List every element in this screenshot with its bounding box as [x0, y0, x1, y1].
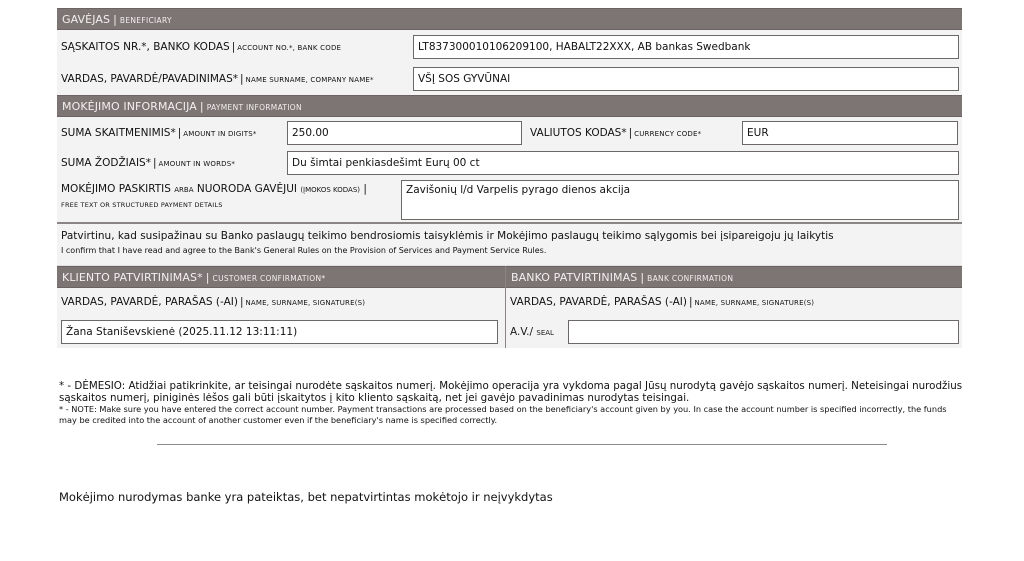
terms-text-en: I confirm that I have read and agree to …: [61, 244, 958, 258]
bank-signature-label: VARDAS, PAVARDĖ, PARAŠAS (-AI)|NAME, SUR…: [510, 296, 814, 308]
bank-confirmation: BANKO PATVIRTINIMAS|BANK CONFIRMATION VA…: [505, 266, 962, 348]
confirmation-section: KLIENTO PATVIRTINIMAS*|CUSTOMER CONFIRMA…: [57, 266, 962, 348]
terms-text-lt: Patvirtinu, kad susipažinau su Banko pas…: [61, 228, 958, 244]
beneficiary-section-header: GAVĖJAS|BENEFICIARY: [57, 8, 962, 30]
customer-signature-row: Žana Staniševskienė (2025.11.12 13:11:11…: [57, 316, 505, 348]
payment-purpose-field[interactable]: Zavišonių l/d Varpelis pyrago dienos akc…: [401, 180, 959, 220]
payment-info-section-header: MOKĖJIMO INFORMACIJA|PAYMENT INFORMATION: [57, 95, 962, 117]
bank-signature-label-row: VARDAS, PAVARDĖ, PARAŠAS (-AI)|NAME, SUR…: [506, 288, 962, 316]
payment-purpose-label: MOKĖJIMO PASKIRTIS ARBA NUORODA GAVĖJUI …: [61, 180, 401, 213]
customer-confirmation: KLIENTO PATVIRTINIMAS*|CUSTOMER CONFIRMA…: [57, 266, 505, 348]
seal-label: A.V./ SEAL: [510, 326, 568, 338]
bank-seal-field[interactable]: [568, 320, 959, 344]
section-title: GAVĖJAS: [62, 13, 110, 26]
amount-words-field[interactable]: Du šimtai penkiasdešimt Eurų 00 ct: [287, 151, 959, 175]
amount-field[interactable]: 250.00: [287, 121, 522, 145]
account-label: SĄSKAITOS NR.*, BANKO KODAS|ACCOUNT NO.*…: [61, 41, 413, 53]
customer-confirmation-header: KLIENTO PATVIRTINIMAS*|CUSTOMER CONFIRMA…: [57, 266, 505, 288]
terms-confirmation: Patvirtinu, kad susipažinau su Banko pas…: [57, 224, 962, 266]
separator: |: [113, 13, 117, 26]
account-warning-notice: * - DĖMESIO: Atidžiai patikrinkite, ar t…: [59, 380, 964, 425]
amount-words-label: SUMA ŽODŽIAIS*|AMOUNT IN WORDS*: [61, 157, 287, 169]
amount-words-row: SUMA ŽODŽIAIS*|AMOUNT IN WORDS* Du šimta…: [57, 148, 962, 178]
notice-text-lt: * - DĖMESIO: Atidžiai patikrinkite, ar t…: [59, 380, 964, 404]
currency-label: VALIUTOS KODAS*|CURRENCY CODE*: [522, 127, 742, 139]
account-field[interactable]: LT837300010106209100, HABALT22XXX, AB ba…: [413, 35, 959, 59]
customer-signature-field[interactable]: Žana Staniševskienė (2025.11.12 13:11:11…: [61, 320, 498, 344]
separator: |: [200, 100, 204, 113]
section-title: MOKĖJIMO INFORMACIJA: [62, 100, 197, 113]
amount-label: SUMA SKAITMENIMIS*|AMOUNT IN DIGITS*: [61, 127, 287, 139]
divider: [157, 444, 887, 445]
beneficiary-name-label: VARDAS, PAVARDĖ/PAVADINIMAS*|NAME SURNAM…: [61, 73, 413, 85]
currency-field[interactable]: EUR: [742, 121, 958, 145]
payment-order-form: GAVĖJAS|BENEFICIARY SĄSKAITOS NR.*, BANK…: [57, 8, 962, 348]
beneficiary-name-field[interactable]: VŠĮ SOS GYVŪNAI: [413, 67, 959, 91]
payment-status-message: Mokėjimo nurodymas banke yra pateiktas, …: [59, 490, 553, 504]
notice-text-en: * - NOTE: Make sure you have entered the…: [59, 404, 964, 425]
amount-row: SUMA SKAITMENIMIS*|AMOUNT IN DIGITS* 250…: [57, 117, 962, 148]
account-row: SĄSKAITOS NR.*, BANKO KODAS|ACCOUNT NO.*…: [57, 30, 962, 63]
section-subtitle: BENEFICIARY: [120, 16, 172, 25]
customer-signature-label-row: VARDAS, PAVARDĖ, PARAŠAS (-AI)|NAME, SUR…: [57, 288, 505, 316]
bank-confirmation-header: BANKO PATVIRTINIMAS|BANK CONFIRMATION: [506, 266, 962, 288]
beneficiary-name-row: VARDAS, PAVARDĖ/PAVADINIMAS*|NAME SURNAM…: [57, 63, 962, 95]
customer-signature-label: VARDAS, PAVARDĖ, PARAŠAS (-AI)|NAME, SUR…: [61, 296, 365, 308]
payment-purpose-row: MOKĖJIMO PASKIRTIS ARBA NUORODA GAVĖJUI …: [57, 178, 962, 224]
section-subtitle: PAYMENT INFORMATION: [207, 103, 302, 112]
bank-seal-row: A.V./ SEAL: [506, 316, 962, 348]
